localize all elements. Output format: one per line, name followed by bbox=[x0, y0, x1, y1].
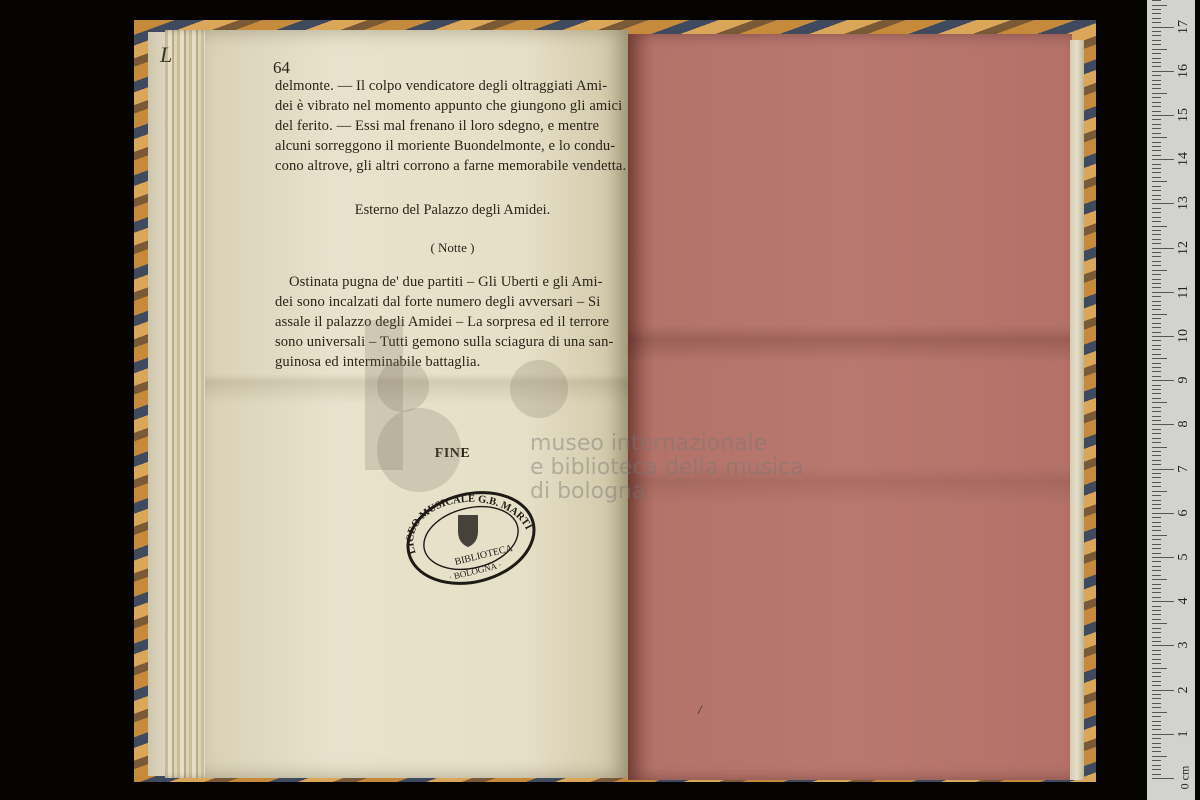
ruler-tick bbox=[1152, 58, 1161, 59]
ruler-tick bbox=[1152, 93, 1167, 94]
right-board-lining bbox=[1070, 40, 1084, 780]
ruler-tick bbox=[1152, 177, 1161, 178]
ruler-tick bbox=[1152, 309, 1161, 310]
watermark-line: di bologna bbox=[530, 480, 804, 504]
ruler-tick bbox=[1152, 195, 1161, 196]
ruler-tick bbox=[1152, 279, 1161, 280]
ruler-tick bbox=[1152, 111, 1161, 112]
measurement-ruler: 0 cm 1234567891011121314151617 bbox=[1147, 0, 1195, 800]
ruler-tick bbox=[1152, 424, 1174, 425]
ruler-tick bbox=[1152, 774, 1161, 775]
ruler-tick bbox=[1152, 349, 1161, 350]
ruler-tick bbox=[1152, 716, 1161, 717]
ruler-tick bbox=[1152, 477, 1161, 478]
ruler-tick bbox=[1152, 270, 1167, 271]
ruler-tick bbox=[1152, 539, 1161, 540]
ruler-tick bbox=[1152, 729, 1161, 730]
ruler-tick bbox=[1152, 734, 1174, 735]
ruler-tick bbox=[1152, 234, 1161, 235]
ruler-tick bbox=[1152, 482, 1161, 483]
ruler-tick bbox=[1152, 248, 1174, 249]
page-number: 64 bbox=[273, 58, 290, 78]
ruler-tick bbox=[1152, 517, 1161, 518]
ruler-tick bbox=[1152, 203, 1174, 204]
ruler-tick bbox=[1152, 31, 1161, 32]
ruler-tick bbox=[1152, 106, 1161, 107]
ruler-tick bbox=[1152, 146, 1161, 147]
ruler-tick bbox=[1152, 698, 1161, 699]
ruler-tick bbox=[1152, 22, 1161, 23]
ruler-tick bbox=[1152, 588, 1161, 589]
ruler-number: 10 bbox=[1176, 327, 1192, 345]
ruler-tick bbox=[1152, 473, 1161, 474]
ruler-tick bbox=[1152, 619, 1161, 620]
ruler-tick bbox=[1152, 668, 1167, 669]
text-line: cono altrove, gli altri corrono a farne … bbox=[275, 156, 630, 176]
ruler-tick bbox=[1152, 561, 1161, 562]
ruler-tick bbox=[1152, 610, 1161, 611]
ruler-tick bbox=[1152, 447, 1167, 448]
ruler-tick bbox=[1152, 265, 1161, 266]
ruler-tick bbox=[1152, 354, 1161, 355]
pencil-folio-mark: L bbox=[160, 42, 172, 68]
ruler-tick bbox=[1152, 137, 1167, 138]
ruler-number: 14 bbox=[1176, 150, 1192, 168]
ruler-tick bbox=[1152, 530, 1161, 531]
ruler-number: 15 bbox=[1176, 106, 1192, 124]
text-line: dei è vibrato nel momento appunto che gi… bbox=[275, 96, 630, 116]
ruler-tick bbox=[1152, 429, 1161, 430]
ruler-tick bbox=[1152, 318, 1161, 319]
ruler-tick bbox=[1152, 190, 1161, 191]
text-line: alcuni sorreggono il moriente Buondelmon… bbox=[275, 136, 630, 156]
ruler-tick bbox=[1152, 442, 1161, 443]
ruler-tick bbox=[1152, 566, 1161, 567]
ruler-tick bbox=[1152, 592, 1161, 593]
ruler-number: 13 bbox=[1176, 194, 1192, 212]
ruler-tick bbox=[1152, 685, 1161, 686]
ruler-tick bbox=[1152, 336, 1174, 337]
ruler-tick bbox=[1152, 663, 1161, 664]
ruler-tick bbox=[1152, 778, 1174, 779]
ruler-tick bbox=[1152, 27, 1174, 28]
ruler-tick bbox=[1152, 5, 1167, 6]
ruler-tick bbox=[1152, 756, 1167, 757]
ruler-tick bbox=[1152, 376, 1161, 377]
ruler-tick bbox=[1152, 597, 1161, 598]
ruler-tick bbox=[1152, 371, 1161, 372]
ruler-tick bbox=[1152, 133, 1161, 134]
ruler-tick bbox=[1152, 88, 1161, 89]
ruler-tick bbox=[1152, 712, 1167, 713]
ruler-tick bbox=[1152, 226, 1167, 227]
ruler-tick bbox=[1152, 332, 1161, 333]
ruler-tick bbox=[1152, 181, 1167, 182]
ruler-tick bbox=[1152, 402, 1167, 403]
ruler-number: 5 bbox=[1176, 548, 1192, 566]
text-line: del ferito. — Essi mal frenano il loro s… bbox=[275, 116, 630, 136]
watermark-logo-dot-left bbox=[377, 360, 429, 412]
ruler-tick bbox=[1152, 614, 1161, 615]
watermark-logo-dot-right bbox=[510, 360, 568, 418]
ruler-tick bbox=[1152, 212, 1161, 213]
ruler-tick bbox=[1152, 672, 1161, 673]
ruler-tick bbox=[1152, 690, 1174, 691]
watermark-text: museo internazionale e biblioteca della … bbox=[530, 432, 804, 504]
watermark-line: e biblioteca della musica bbox=[530, 456, 804, 480]
ruler-tick bbox=[1152, 522, 1161, 523]
ruler-tick bbox=[1152, 398, 1161, 399]
ruler-tick bbox=[1152, 243, 1161, 244]
ruler-tick bbox=[1152, 645, 1174, 646]
ruler-tick bbox=[1152, 62, 1161, 63]
text-line: Ostinata pugna de' due partiti – Gli Ube… bbox=[275, 272, 630, 292]
ruler-tick bbox=[1152, 97, 1161, 98]
ruler-tick bbox=[1152, 292, 1174, 293]
ruler-tick bbox=[1152, 570, 1161, 571]
ruler-tick bbox=[1152, 53, 1161, 54]
ruler-tick bbox=[1152, 575, 1161, 576]
ruler-tick bbox=[1152, 654, 1161, 655]
ruler-tick bbox=[1152, 460, 1161, 461]
ruler-tick bbox=[1152, 628, 1161, 629]
ruler-tick bbox=[1152, 164, 1161, 165]
scene-note: ( Notte ) bbox=[275, 240, 630, 256]
ruler-tick bbox=[1152, 142, 1161, 143]
ruler-tick bbox=[1152, 340, 1161, 341]
ruler-tick bbox=[1152, 601, 1174, 602]
coat-of-arms-icon bbox=[458, 515, 478, 547]
ruler-tick bbox=[1152, 102, 1161, 103]
ruler-tick bbox=[1152, 553, 1161, 554]
ruler-tick bbox=[1152, 544, 1161, 545]
ruler-tick bbox=[1152, 557, 1174, 558]
ruler-tick bbox=[1152, 367, 1161, 368]
ruler-tick bbox=[1152, 172, 1161, 173]
ruler-tick bbox=[1152, 323, 1161, 324]
ruler-tick bbox=[1152, 261, 1161, 262]
ruler-number: 8 bbox=[1176, 415, 1192, 433]
text-line: sono universali – Tutti gemono sulla sci… bbox=[275, 332, 630, 352]
ruler-tick bbox=[1152, 694, 1161, 695]
ruler-tick bbox=[1152, 363, 1161, 364]
ruler-tick bbox=[1152, 738, 1161, 739]
ruler-tick bbox=[1152, 217, 1161, 218]
ruler-tick bbox=[1152, 455, 1161, 456]
ruler-tick bbox=[1152, 40, 1161, 41]
ruler-number: 7 bbox=[1176, 460, 1192, 478]
ruler-tick bbox=[1152, 393, 1161, 394]
ruler-tick bbox=[1152, 380, 1174, 381]
ruler-number: 11 bbox=[1176, 283, 1192, 301]
ruler-tick bbox=[1152, 632, 1161, 633]
library-stamp: LICEO MUSICALE G.B. MARTINI BIBLIOTECA ·… bbox=[402, 487, 540, 589]
ruler-tick bbox=[1152, 287, 1161, 288]
ruler-tick bbox=[1152, 451, 1161, 452]
ruler-number: 9 bbox=[1176, 371, 1192, 389]
ruler-number: 16 bbox=[1176, 62, 1192, 80]
ruler-tick bbox=[1152, 769, 1161, 770]
ruler-tick bbox=[1152, 66, 1161, 67]
ruler-tick bbox=[1152, 416, 1161, 417]
watermark-logo-bowl bbox=[377, 408, 461, 492]
ruler-tick bbox=[1152, 345, 1161, 346]
ruler-tick bbox=[1152, 464, 1161, 465]
ruler-tick bbox=[1152, 548, 1161, 549]
ruler-tick bbox=[1152, 579, 1167, 580]
ruler-tick bbox=[1152, 230, 1161, 231]
ruler-tick bbox=[1152, 385, 1161, 386]
ruler-number: 3 bbox=[1176, 636, 1192, 654]
ruler-tick bbox=[1152, 186, 1161, 187]
ruler-tick bbox=[1152, 44, 1161, 45]
ruler-tick bbox=[1152, 71, 1174, 72]
ruler-tick bbox=[1152, 301, 1161, 302]
ruler-tick bbox=[1152, 314, 1167, 315]
ruler-tick bbox=[1152, 389, 1161, 390]
right-page-pink-endpaper bbox=[628, 34, 1072, 780]
ruler-tick bbox=[1152, 513, 1174, 514]
watermark-line: museo internazionale bbox=[530, 432, 804, 456]
ruler-tick bbox=[1152, 159, 1174, 160]
ruler-tick bbox=[1152, 606, 1161, 607]
ruler-tick bbox=[1152, 18, 1161, 19]
ruler-tick bbox=[1152, 650, 1161, 651]
ruler-tick bbox=[1152, 751, 1161, 752]
ruler-tick bbox=[1152, 438, 1161, 439]
ruler-tick bbox=[1152, 641, 1161, 642]
ruler-tick bbox=[1152, 760, 1161, 761]
ruler-tick bbox=[1152, 119, 1161, 120]
ruler-tick bbox=[1152, 150, 1161, 151]
ruler-tick bbox=[1152, 124, 1161, 125]
ruler-number: 1 bbox=[1176, 725, 1192, 743]
ruler-number: 6 bbox=[1176, 504, 1192, 522]
ruler-tick bbox=[1152, 274, 1161, 275]
ruler-tick bbox=[1152, 168, 1161, 169]
ruler-tick bbox=[1152, 283, 1161, 284]
scene-heading: Esterno del Palazzo degli Amidei. bbox=[275, 202, 630, 219]
pencil-mark: / bbox=[698, 702, 702, 718]
ruler-tick bbox=[1152, 433, 1161, 434]
ruler-tick bbox=[1152, 681, 1161, 682]
ruler-tick bbox=[1152, 208, 1161, 209]
ruler-tick bbox=[1152, 252, 1161, 253]
ruler-tick bbox=[1152, 508, 1161, 509]
ruler-tick bbox=[1152, 0, 1161, 1]
ruler-tick bbox=[1152, 707, 1161, 708]
ruler-number: 12 bbox=[1176, 239, 1192, 257]
text-line: delmonte. — Il colpo vendicatore degli o… bbox=[275, 76, 630, 96]
paragraph-2: Ostinata pugna de' due partiti – Gli Ube… bbox=[275, 272, 630, 372]
ruler-tick bbox=[1152, 155, 1161, 156]
ruler-tick bbox=[1152, 659, 1161, 660]
ruler-tick bbox=[1152, 296, 1161, 297]
ruler-tick bbox=[1152, 35, 1161, 36]
ruler-tick bbox=[1152, 420, 1161, 421]
ruler-tick bbox=[1152, 469, 1174, 470]
paragraph-1: delmonte. — Il colpo vendicatore degli o… bbox=[275, 76, 630, 176]
ruler-tick bbox=[1152, 49, 1167, 50]
ruler-tick bbox=[1152, 80, 1161, 81]
ruler-tick bbox=[1152, 305, 1161, 306]
ruler-tick bbox=[1152, 584, 1161, 585]
ruler-tick bbox=[1152, 623, 1167, 624]
ruler-tick bbox=[1152, 221, 1161, 222]
ruler-tick bbox=[1152, 115, 1174, 116]
ruler-tick bbox=[1152, 765, 1161, 766]
ruler-tick bbox=[1152, 504, 1161, 505]
ruler-tick bbox=[1152, 676, 1161, 677]
ruler-tick bbox=[1152, 486, 1161, 487]
ruler-tick bbox=[1152, 526, 1161, 527]
ruler-tick bbox=[1152, 128, 1161, 129]
ruler-tick bbox=[1152, 407, 1161, 408]
ruler-tick bbox=[1152, 256, 1161, 257]
ruler-tick bbox=[1152, 358, 1167, 359]
ruler-number: 17 bbox=[1176, 18, 1192, 36]
ruler-tick bbox=[1152, 491, 1167, 492]
ruler-tick bbox=[1152, 75, 1161, 76]
ruler-tick bbox=[1152, 703, 1161, 704]
ruler-tick bbox=[1152, 500, 1161, 501]
text-line: guinosa ed interminabile battaglia. bbox=[275, 352, 630, 372]
ruler-tick bbox=[1152, 327, 1161, 328]
ruler-tick bbox=[1152, 239, 1161, 240]
ruler-tick bbox=[1152, 743, 1161, 744]
ruler-tick bbox=[1152, 13, 1161, 14]
ruler-tick bbox=[1152, 9, 1161, 10]
ruler-number: 2 bbox=[1176, 681, 1192, 699]
ruler-tick bbox=[1152, 411, 1161, 412]
ruler-tick bbox=[1152, 495, 1161, 496]
ruler-tick bbox=[1152, 535, 1167, 536]
ruler-tick bbox=[1152, 199, 1161, 200]
ruler-tick bbox=[1152, 721, 1161, 722]
text-line: dei sono incalzati dal forte numero degl… bbox=[275, 292, 630, 312]
ruler-tick bbox=[1152, 725, 1161, 726]
ruler-number: 4 bbox=[1176, 592, 1192, 610]
left-page: 64 delmonte. — Il colpo vendicatore degl… bbox=[205, 30, 629, 778]
text-line: assale il palazzo degli Amidei – La sorp… bbox=[275, 312, 630, 332]
ruler-tick bbox=[1152, 84, 1161, 85]
ruler-tick bbox=[1152, 747, 1161, 748]
ruler-tick bbox=[1152, 637, 1161, 638]
ruler-unit-label: 0 cm bbox=[1178, 760, 1193, 796]
